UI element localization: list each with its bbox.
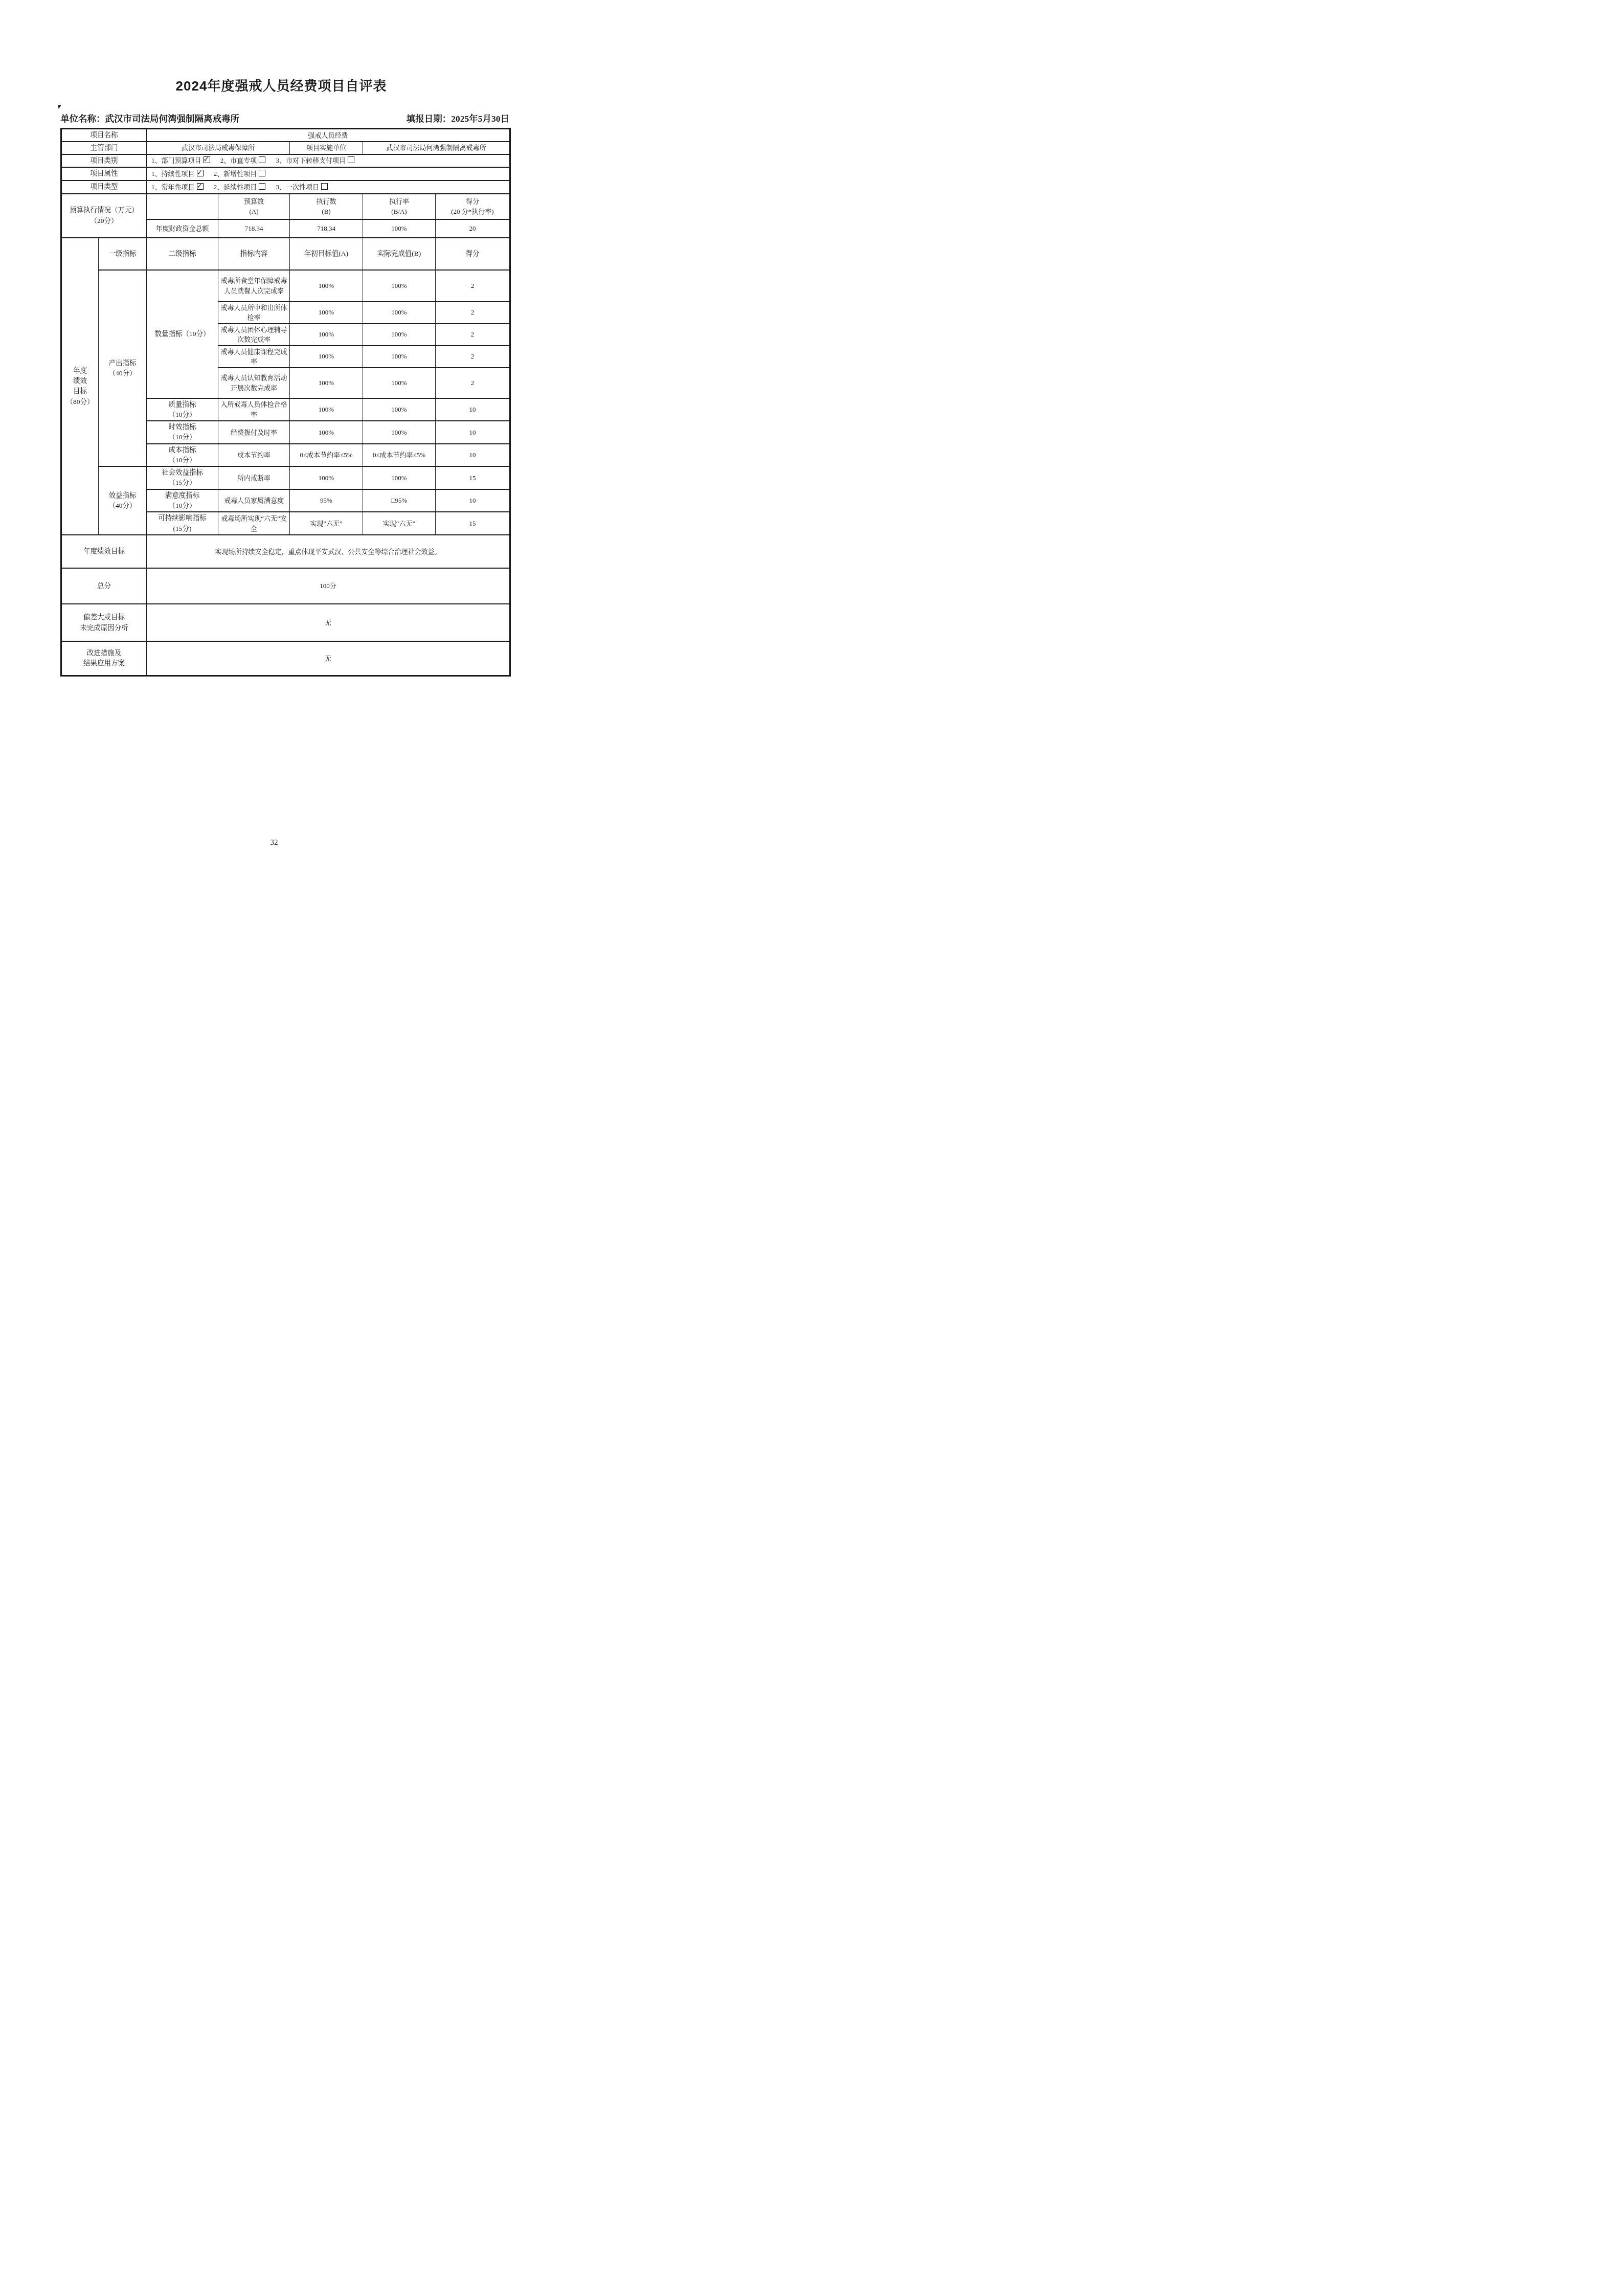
attribute-option: 1、持续性项目 [151,170,204,177]
indicator-score: 10 [436,421,510,444]
improvement-value: 无 [147,641,510,676]
report-date-label: 填报日期： [407,114,452,124]
checkbox-icon [321,183,328,190]
indicator-score: 2 [436,270,510,302]
page-number: 32 [0,839,555,847]
option-text: 2、新增性项目 [214,170,257,177]
option-text: 2、市直专项 [220,156,257,164]
checkbox-icon [197,170,204,176]
total-score-label: 总分 [61,568,147,604]
category-option: 2、市直专项 [220,156,266,164]
row-annual-goal: 年度绩效目标 实现场所持续安全稳定，重点体现平安武汉、公共安全等综合治理社会效益… [61,535,510,568]
deviation-label: 偏差大或目标 未完成原因分析 [61,604,147,641]
option-text: 3、一次性项目 [276,183,320,191]
attribute-label: 项目属性 [61,167,147,181]
project-name-label: 项目名称 [61,129,147,142]
indicator-actual: 100% [363,466,436,489]
indicator-content: 戒毒所食堂年保障戒毒人员就餐人次完成率 [218,270,290,302]
row-attribute: 项目属性 1、持续性项目 2、新增性项目 [61,167,510,181]
indicator-content: 成本节约率 [218,444,290,467]
budget-col-score-header: 得分 (20 分*执行率) [436,194,510,219]
indicator-actual: 100% [363,302,436,324]
budget-score-value: 20 [436,219,510,238]
category-option: 3、市对下转移支付项目 [276,156,355,164]
row-dept: 主管部门 武汉市司法局戒毒保障所 项目实施单位 武汉市司法局何湾强制隔离戒毒所 [61,142,510,154]
indicator-actual: 100% [363,324,436,346]
checkbox-icon [348,156,354,163]
unit-name-label: 单位名称： [60,114,105,124]
dept-label: 主管部门 [61,142,147,154]
budget-col-rate-header: 执行率 (B/A) [363,194,436,219]
budget-col-a-header: 预算数 (A) [218,194,290,219]
budget-b-value: 718.34 [290,219,363,238]
category-label: 项目类别 [61,154,147,167]
indicator-content: 戒毒人员认知教育活动开展次数完成率 [218,368,290,398]
indicator-score: 10 [436,489,510,512]
attribute-options: 1、持续性项目 2、新增性项目 [147,167,510,181]
option-text: 3、市对下转移支付项目 [276,156,346,164]
indicator-actual: 100% [363,368,436,398]
indicator-score: 10 [436,398,510,421]
indicator-target: 100% [290,368,363,398]
annual-goal-value: 实现场所持续安全稳定，重点体现平安武汉、公共安全等综合治理社会效益。 [147,535,510,568]
indicator-content: 入所戒毒人员体检合格率 [218,398,290,421]
indicator-actual: 100% [363,421,436,444]
perf-header-actual: 实际完成值(B) [363,238,436,270]
indicator-actual: 100% [363,346,436,368]
row-budget-header: 预算执行情况（万元） （20分） 预算数 (A) 执行数 (B) 执行率 (B/… [61,194,510,219]
category-option: 1、部门预算项目 [151,156,210,164]
impl-unit-value: 武汉市司法局何湾强制隔离戒毒所 [363,142,510,154]
indicator-actual: □95% [363,489,436,512]
budget-empty-cell [147,194,218,219]
perf-header-level1: 一级指标 [99,238,147,270]
indicator-target: 100% [290,324,363,346]
level2-quality-indicator: 质量指标 （10分） [147,398,218,421]
budget-col-b-header: 执行数 (B) [290,194,363,219]
unit-name-value: 武汉市司法局何湾强制隔离戒毒所 [105,114,240,124]
checkbox-icon [197,183,204,190]
report-date-value: 2025年5月30日 [451,114,509,124]
deviation-value: 无 [147,604,510,641]
improvement-label: 改进措施及 结果应用方案 [61,641,147,676]
report-date-line: 填报日期：2025年5月30日 [407,112,509,125]
indicator-score: 2 [436,368,510,398]
impl-unit-label: 项目实施单位 [290,142,363,154]
indicator-target: 实现“六无” [290,512,363,535]
level2-satisfaction-indicator: 满意度指标 （10分） [147,489,218,512]
indicator-actual: 100% [363,398,436,421]
indicator-actual: 0≤成本节约率≤5% [363,444,436,467]
checkbox-icon [259,170,265,176]
indicator-target: 100% [290,270,363,302]
indicator-target: 0≤成本节约率≤5% [290,444,363,467]
page-title: 2024年度强戒人员经费项目自评表 [0,76,562,95]
indicator-row: 产出指标 （40分） 数量指标（10分） 戒毒所食堂年保障戒毒人员就餐人次完成率… [61,270,510,302]
indicator-content: 戒毒人员所中和出所体检率 [218,302,290,324]
indicator-content: 所内戒断率 [218,466,290,489]
type-label: 项目类型 [61,181,147,194]
indicator-content: 戒毒人员家属满意度 [218,489,290,512]
row-improvement: 改进措施及 结果应用方案 无 [61,641,510,676]
budget-row-name: 年度财政资金总额 [147,219,218,238]
perf-header-content: 指标内容 [218,238,290,270]
indicator-score: 2 [436,346,510,368]
indicator-target: 100% [290,398,363,421]
level1-output-indicator: 产出指标 （40分） [99,270,147,467]
indicator-actual: 实现“六无” [363,512,436,535]
project-name-value: 强戒人员经费 [147,129,510,142]
checkbox-icon [259,156,265,163]
level2-sustainability-indicator: 可持续影响指标 (15分) [147,512,218,535]
row-type: 项目类型 1、常年性项目 2、延续性项目 3、一次性项目 [61,181,510,194]
perf-section-label: 年度 绩效 目标 （80分） [61,238,99,535]
indicator-score: 15 [436,512,510,535]
level2-quantity-indicator: 数量指标（10分） [147,270,218,398]
meta-row: ◤ 单位名称：武汉市司法局何湾强制隔离戒毒所 填报日期：2025年5月30日 [60,112,509,125]
option-text: 1、常年性项目 [151,183,195,191]
indicator-content: 经费拨付及时率 [218,421,290,444]
level2-timeliness-indicator: 时效指标 （10分） [147,421,218,444]
indicator-target: 100% [290,346,363,368]
unit-name-line: 单位名称：武汉市司法局何湾强制隔离戒毒所 [60,112,239,125]
type-options: 1、常年性项目 2、延续性项目 3、一次性项目 [147,181,510,194]
category-options: 1、部门预算项目 2、市直专项 3、市对下转移支付项目 [147,154,510,167]
option-text: 1、部门预算项目 [151,156,201,164]
budget-rate-value: 100% [363,219,436,238]
indicator-score: 10 [436,444,510,467]
attribute-option: 2、新增性项目 [214,170,266,177]
indicator-target: 100% [290,302,363,324]
corner-mark: ◤ [58,103,62,109]
indicator-target: 100% [290,466,363,489]
indicator-target: 95% [290,489,363,512]
row-project-name: 项目名称 强戒人员经费 [61,129,510,142]
level1-benefit-indicator: 效益指标 （40分） [99,466,147,535]
indicator-score: 2 [436,302,510,324]
level2-cost-indicator: 成本指标 （10分） [147,444,218,467]
indicator-row: 效益指标 （40分） 社会效益指标 （15分） 所内戒断率 100% 100% … [61,466,510,489]
type-option: 3、一次性项目 [276,183,328,191]
row-perf-header: 年度 绩效 目标 （80分） 一级指标 二级指标 指标内容 年初目标值(A) 实… [61,238,510,270]
self-evaluation-table: 项目名称 强戒人员经费 主管部门 武汉市司法局戒毒保障所 项目实施单位 武汉市司… [60,128,511,677]
indicator-content: 戒毒人员健康课程完成率 [218,346,290,368]
perf-header-score: 得分 [436,238,510,270]
indicator-target: 100% [290,421,363,444]
level2-social-benefit-indicator: 社会效益指标 （15分） [147,466,218,489]
budget-section-label: 预算执行情况（万元） （20分） [61,194,147,238]
annual-goal-label: 年度绩效目标 [61,535,147,568]
budget-a-value: 718.34 [218,219,290,238]
dept-value: 武汉市司法局戒毒保障所 [147,142,290,154]
checkbox-icon [204,156,210,163]
row-deviation: 偏差大或目标 未完成原因分析 无 [61,604,510,641]
document-page: { "page": { "title": "2024年度强戒人员经费项目自评表"… [0,76,562,871]
checkbox-icon [259,183,265,190]
perf-header-level2: 二级指标 [147,238,218,270]
total-score-value: 100分 [147,568,510,604]
option-text: 2、延续性项目 [214,183,257,191]
row-total-score: 总分 100分 [61,568,510,604]
row-category: 项目类别 1、部门预算项目 2、市直专项 3、市对下转移支付项目 [61,154,510,167]
perf-header-target: 年初目标值(A) [290,238,363,270]
indicator-content: 戒毒场所实现“六无”安全 [218,512,290,535]
indicator-score: 15 [436,466,510,489]
indicator-score: 2 [436,324,510,346]
type-option: 2、延续性项目 [214,183,266,191]
indicator-content: 戒毒人员团体心理辅导次数完成率 [218,324,290,346]
type-option: 1、常年性项目 [151,183,204,191]
indicator-actual: 100% [363,270,436,302]
option-text: 1、持续性项目 [151,170,195,177]
